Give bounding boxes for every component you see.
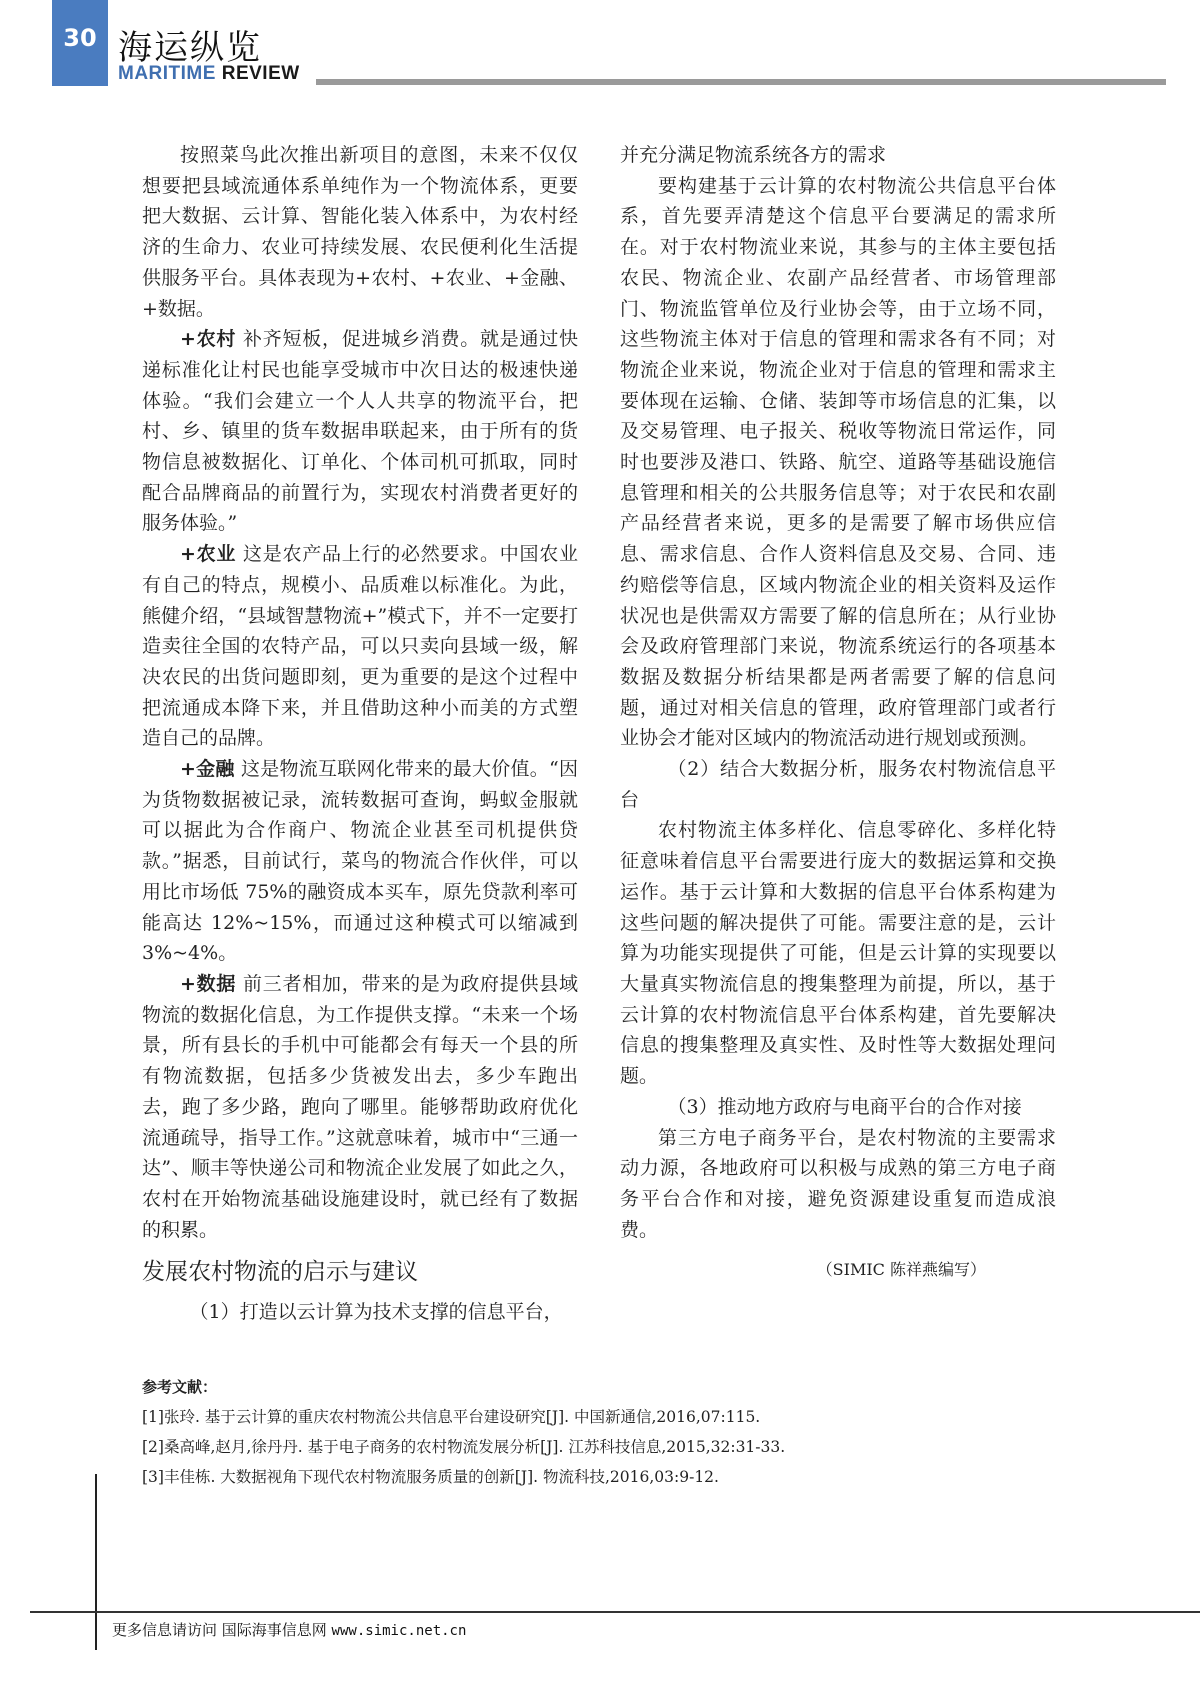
footer-text: 更多信息请访问 国际海事信息网	[112, 1621, 332, 1639]
section-agriculture: +农业 这是农产品上行的必然要求。中国农业有自己的特点，规模小、品质难以标准化。…	[142, 539, 578, 754]
section-text: 补齐短板，促进城乡消费。就是通过快递标准化让村民也能享受城市中次日达的极速快递体…	[142, 328, 578, 534]
subheading-2: （2）结合大数据分析，服务农村物流信息平台	[620, 754, 1056, 815]
intro-paragraph: 按照菜鸟此次推出新项目的意图，未来不仅仅想要把县域流通体系单纯作为一个物流体系，…	[142, 140, 578, 324]
footer-link[interactable]: www.simic.net.cn	[332, 1623, 467, 1639]
paragraph-1: 要构建基于云计算的农村物流公共信息平台体系，首先要弄清楚这个信息平台要满足的需求…	[620, 171, 1056, 754]
section-rural: +农村 补齐短板，促进城乡消费。就是通过快递标准化让村民也能享受城市中次日达的极…	[142, 324, 578, 539]
header-rule	[316, 79, 1166, 85]
references: 参考文献： [1]张玲. 基于云计算的重庆农村物流公共信息平台建设研究[J]. …	[142, 1372, 785, 1492]
section-lead: +农村	[180, 328, 236, 350]
paragraph-3: 第三方电子商务平台，是农村物流的主要需求动力源，各地政府可以积极与成熟的第三方电…	[620, 1123, 1056, 1246]
title-en-maritime: MARITIME	[118, 63, 216, 84]
paragraph-2: 农村物流主体多样化、信息零碎化、多样化特征意味着信息平台需要进行庞大的数据运算和…	[620, 815, 1056, 1091]
reference-item: [3]丰佳栋. 大数据视角下现代农村物流服务质量的创新[J]. 物流科技,201…	[142, 1462, 785, 1492]
section-lead: +农业	[180, 543, 236, 565]
magazine-title-cn: 海运纵览	[118, 20, 262, 69]
reference-item: [1]张玲. 基于云计算的重庆农村物流公共信息平台建设研究[J]. 中国新通信,…	[142, 1402, 785, 1432]
section-data: +数据 前三者相加，带来的是为政府提供县域物流的数据化信息，为工作提供支撑。“未…	[142, 969, 578, 1245]
right-column: 并充分满足物流系统各方的需求 要构建基于云计算的农村物流公共信息平台体系，首先要…	[620, 140, 1056, 1286]
left-column: 按照菜鸟此次推出新项目的意图，未来不仅仅想要把县域流通体系单纯作为一个物流体系，…	[142, 140, 578, 1328]
magazine-title-en: MARITIME REVIEW	[118, 63, 300, 85]
subheading-1: （1）打造以云计算为技术支撑的信息平台，	[142, 1297, 578, 1328]
footer: 更多信息请访问 国际海事信息网 www.simic.net.cn	[112, 1619, 466, 1640]
title-en-review: REVIEW	[222, 63, 300, 84]
section-lead: +金融	[180, 758, 235, 780]
section-text: 这是物流互联网化带来的最大价值。“因为货物数据被记录，流转数据可查询，蚂蚁金服就…	[142, 758, 578, 964]
subheading-3: （3）推动地方政府与电商平台的合作对接	[620, 1092, 1056, 1123]
subheading-1-continued: 并充分满足物流系统各方的需求	[620, 140, 1056, 171]
section-heading: 发展农村物流的启示与建议	[142, 1255, 578, 1289]
reference-item: [2]桑高峰,赵月,徐丹丹. 基于电子商务的农村物流发展分析[J]. 江苏科技信…	[142, 1432, 785, 1462]
author-signature: （SIMIC 陈祥燕编写）	[620, 1255, 1056, 1286]
footer-horizontal-rule	[30, 1611, 1200, 1613]
references-title: 参考文献：	[142, 1372, 785, 1402]
section-lead: +数据	[180, 973, 236, 995]
section-text: 这是农产品上行的必然要求。中国农业有自己的特点，规模小、品质难以标准化。为此，熊…	[142, 543, 578, 749]
footer-vertical-rule	[95, 1474, 97, 1650]
page-number-badge: 30	[52, 0, 108, 86]
page-number: 30	[52, 24, 108, 52]
section-text: 前三者相加，带来的是为政府提供县域物流的数据化信息，为工作提供支撑。“未来一个场…	[142, 973, 578, 1241]
section-finance: +金融 这是物流互联网化带来的最大价值。“因为货物数据被记录，流转数据可查询，蚂…	[142, 754, 578, 969]
